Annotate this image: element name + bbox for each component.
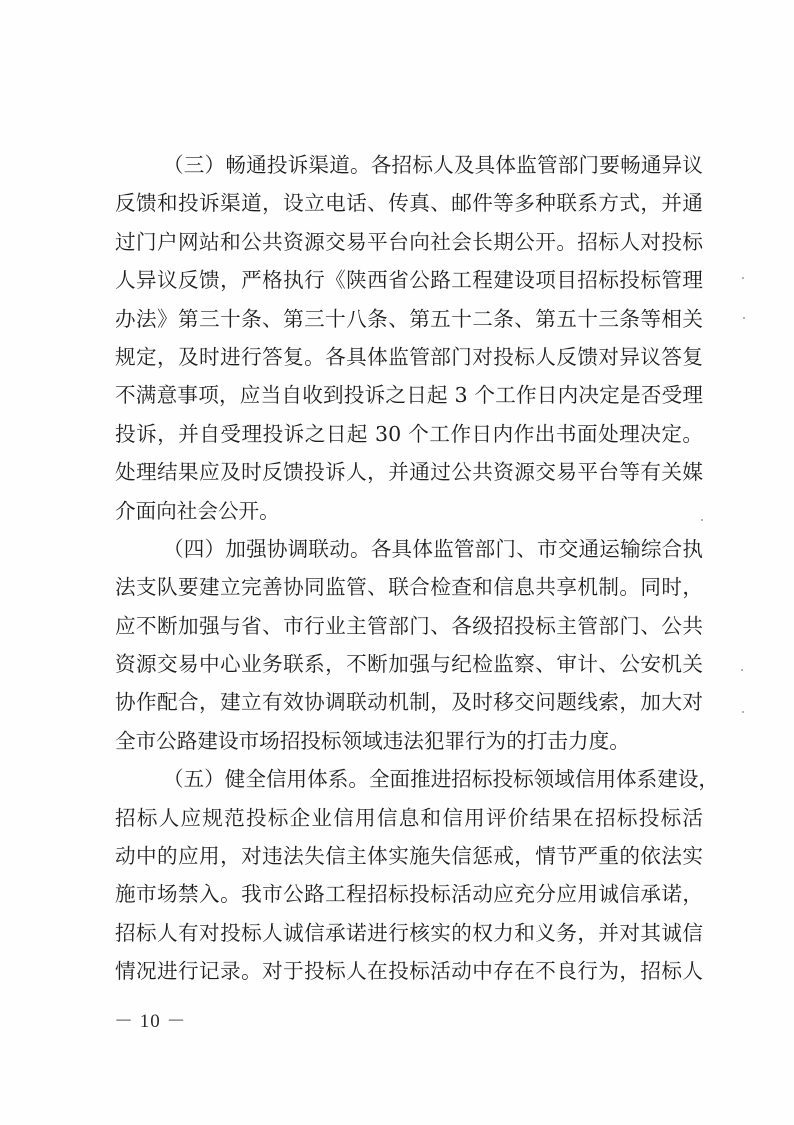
paragraph-line: 动中的应用，对违法失信主体实施失信惩戒，情节严重的依法实 — [115, 837, 703, 875]
document-page: （三）畅通投诉渠道。各招标人及具体监管部门要畅通异议 反馈和投诉渠道，设立电话、… — [0, 0, 794, 1125]
document-body: （三）畅通投诉渠道。各招标人及具体监管部门要畅通异议 反馈和投诉渠道，设立电话、… — [115, 146, 703, 991]
paragraph-line: 全市公路建设市场招投标领域违法犯罪行为的打击力度。 — [115, 722, 703, 760]
scan-speck — [742, 277, 744, 279]
paragraph-line: 反馈和投诉渠道，设立电话、传真、邮件等多种联系方式，并通 — [115, 184, 703, 222]
paragraph-line: 投诉，并自受理投诉之日起 30 个工作日内作出书面处理决定。 — [115, 415, 703, 453]
paragraph-line: 应不断加强与省、市行业主管部门、各级招投标主管部门、公共 — [115, 607, 703, 645]
paragraph-line: 介面向社会公开。 — [115, 492, 703, 530]
paragraph-credit-system: （五）健全信用体系。全面推进招标投标领域信用体系建设， 招标人应规范投标企业信用… — [115, 760, 703, 990]
paragraph-line: （五）健全信用体系。全面推进招标投标领域信用体系建设， — [115, 760, 703, 798]
scan-speck — [741, 669, 743, 671]
paragraph-line: 过门户网站和公共资源交易平台向社会长期公开。招标人对投标 — [115, 223, 703, 261]
paragraph-line: 处理结果应及时反馈投诉人，并通过公共资源交易平台等有关媒 — [115, 453, 703, 491]
paragraph-line: （三）畅通投诉渠道。各招标人及具体监管部门要畅通异议 — [115, 146, 703, 184]
paragraph-line: 规定，及时进行答复。各具体监管部门对投标人反馈对异议答复 — [115, 338, 703, 376]
paragraph-line: 招标人应规范投标企业信用信息和信用评价结果在招标投标活 — [115, 799, 703, 837]
paragraph-line: 资源交易中心业务联系，不断加强与纪检监察、审计、公安机关 — [115, 645, 703, 683]
paragraph-line: （四）加强协调联动。各具体监管部门、市交通运输综合执 — [115, 530, 703, 568]
paragraph-smooth-complaint-channels: （三）畅通投诉渠道。各招标人及具体监管部门要畅通异议 反馈和投诉渠道，设立电话、… — [115, 146, 703, 530]
paragraph-line: 施市场禁入。我市公路工程招标投标活动应充分应用诚信承诺， — [115, 875, 703, 913]
paragraph-line: 人异议反馈，严格执行《陕西省公路工程建设项目招标投标管理 — [115, 261, 703, 299]
page-number: － 10 － — [114, 1006, 187, 1033]
paragraph-line: 办法》第三十条、第三十八条、第五十二条、第五十三条等相关 — [115, 300, 703, 338]
scan-speck — [743, 317, 745, 319]
paragraph-line: 协作配合，建立有效协调联动机制，及时移交问题线索，加大对 — [115, 683, 703, 721]
paragraph-line: 法支队要建立完善协同监管、联合检查和信息共享机制。同时， — [115, 568, 703, 606]
paragraph-line: 情况进行记录。对于投标人在投标活动中存在不良行为，招标人 — [115, 952, 703, 990]
scan-speck — [701, 519, 703, 521]
paragraph-line: 招标人有对投标人诚信承诺进行核实的权力和义务，并对其诚信 — [115, 914, 703, 952]
paragraph-line: 不满意事项，应当自收到投诉之日起 3 个工作日内决定是否受理 — [115, 376, 703, 414]
paragraph-strengthen-coordination: （四）加强协调联动。各具体监管部门、市交通运输综合执 法支队要建立完善协同监管、… — [115, 530, 703, 760]
scan-speck — [742, 711, 744, 713]
